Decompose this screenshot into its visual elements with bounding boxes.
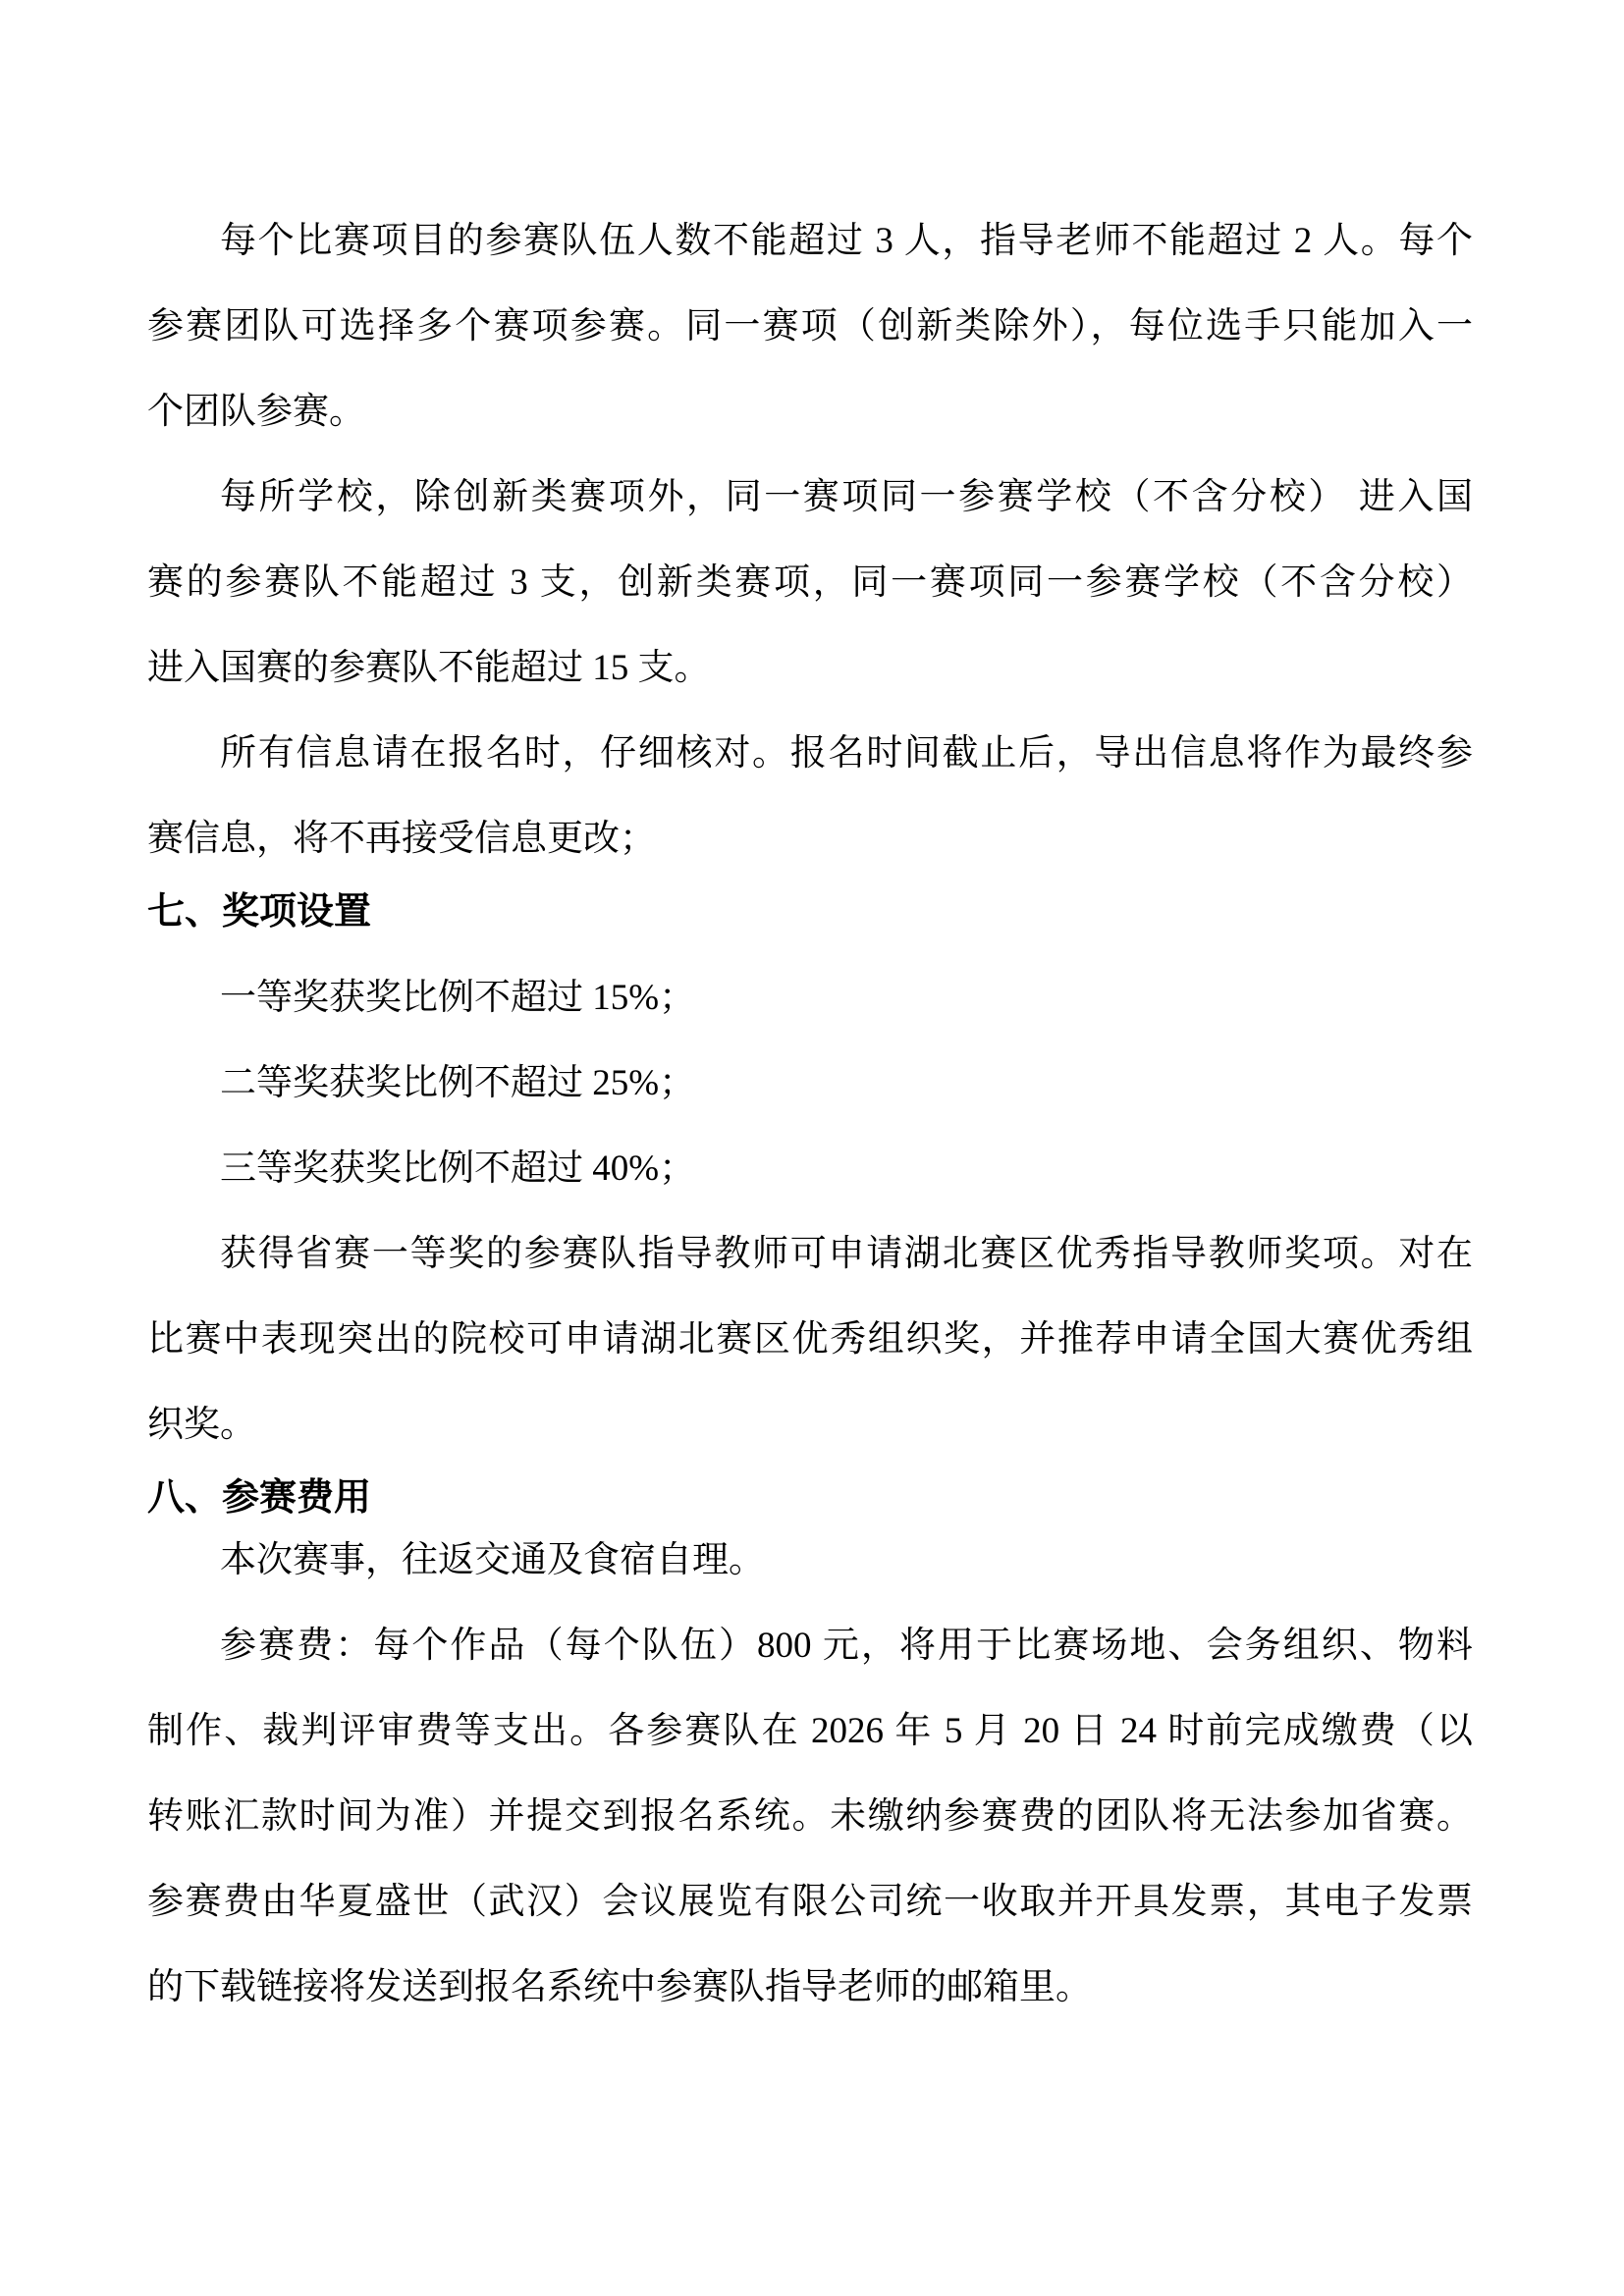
text-line: 进入国赛的参赛队不能超过 15 支。	[147, 625, 1473, 711]
text-line: 所有信息请在报名时，仔细核对。报名时间截止后，导出信息将作为最终参	[147, 711, 1473, 796]
text-line: 本次赛事，往返交通及食宿自理。	[147, 1518, 1473, 1603]
text-line: 每个比赛项目的参赛队伍人数不能超过 3 人，指导老师不能超过 2 人。每个	[147, 198, 1473, 284]
text-line: 参赛团队可选择多个赛项参赛。同一赛项（创新类除外），每位选手只能加入一	[147, 284, 1473, 369]
text-line: 织奖。	[147, 1382, 1473, 1468]
text-line: 赛信息，将不再接受信息更改；	[147, 796, 1473, 881]
text-line: 制作、裁判评审费等支出。各参赛队在 2026 年 5 月 20 日 24 时前完…	[147, 1688, 1473, 1774]
text-line: 赛的参赛队不能超过 3 支，创新类赛项，同一赛项同一参赛学校（不含分校）	[147, 540, 1473, 625]
text-line: 比赛中表现突出的院校可申请湖北赛区优秀组织奖，并推荐申请全国大赛优秀组	[147, 1297, 1473, 1382]
document-page: 每个比赛项目的参赛队伍人数不能超过 3 人，指导老师不能超过 2 人。每个参赛团…	[147, 198, 1473, 2030]
text-line: 三等奖获奖比例不超过 40%；	[147, 1126, 1473, 1211]
text-line: 参赛费：每个作品（每个队伍）800 元，将用于比赛场地、会务组织、物料	[147, 1603, 1473, 1688]
text-line: 转账汇款时间为准）并提交到报名系统。未缴纳参赛费的团队将无法参加省赛。	[147, 1774, 1473, 1859]
text-line: 一等奖获奖比例不超过 15%；	[147, 955, 1473, 1041]
text-line: 参赛费由华夏盛世（武汉）会议展览有限公司统一收取并开具发票，其电子发票	[147, 1859, 1473, 1945]
text-line: 获得省赛一等奖的参赛队指导教师可申请湖北赛区优秀指导教师奖项。对在	[147, 1211, 1473, 1297]
text-line: 二等奖获奖比例不超过 25%；	[147, 1041, 1473, 1126]
text-line: 个团队参赛。	[147, 369, 1473, 454]
text-line: 每所学校，除创新类赛项外，同一赛项同一参赛学校（不含分校） 进入国	[147, 454, 1473, 540]
section-heading: 七、奖项设置	[147, 870, 1473, 955]
text-line: 的下载链接将发送到报名系统中参赛队指导老师的邮箱里。	[147, 1945, 1473, 2030]
